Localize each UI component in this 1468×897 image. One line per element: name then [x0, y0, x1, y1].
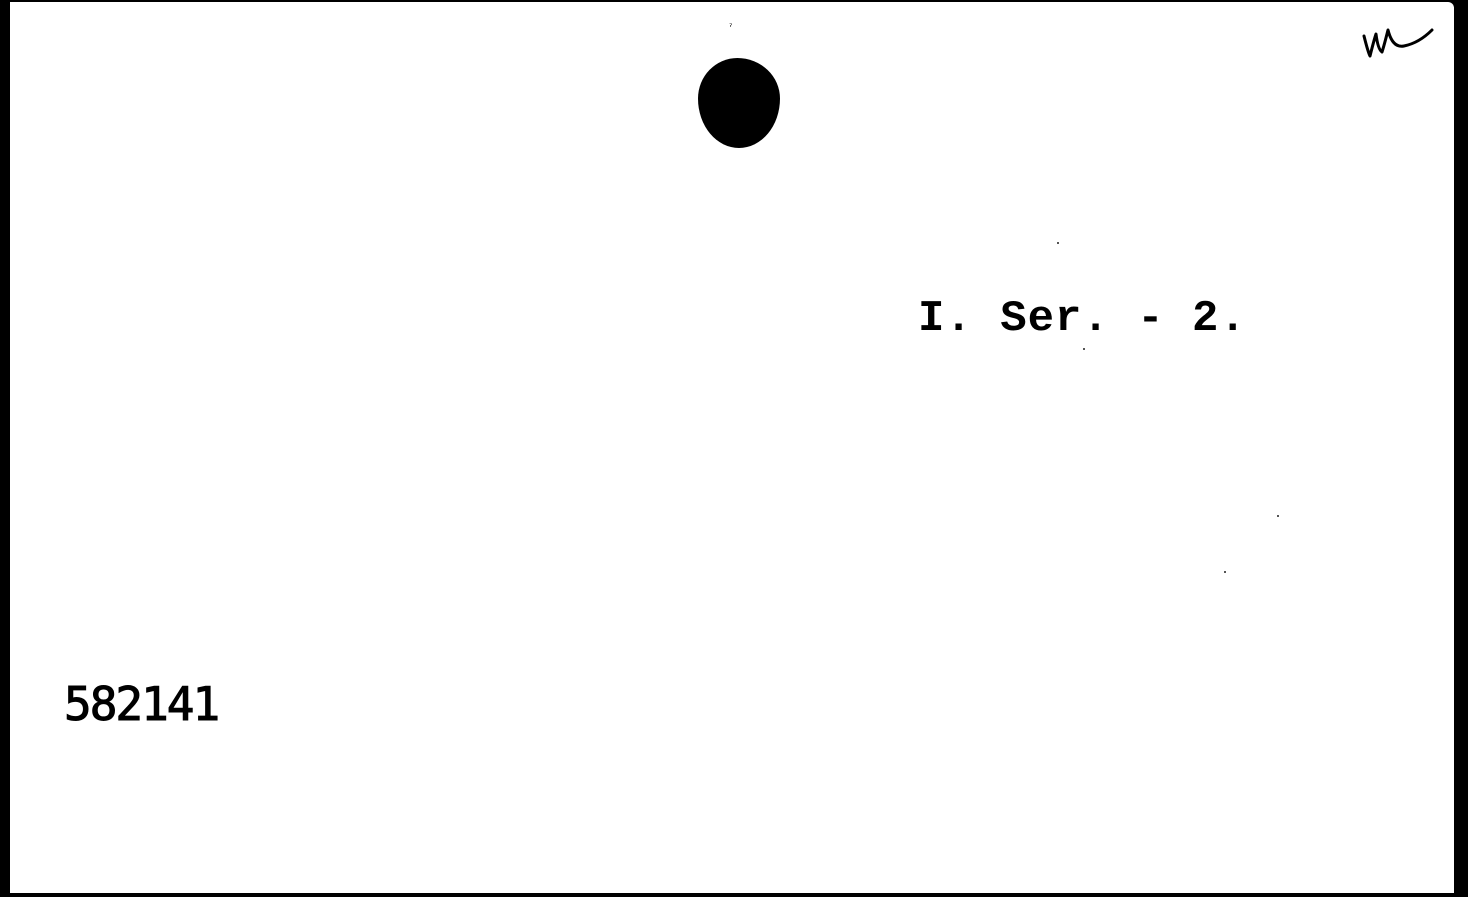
series-label: I. Ser. - 2.: [918, 294, 1247, 344]
scan-speck: [1083, 348, 1085, 350]
scan-speck: [1057, 242, 1059, 244]
handwritten-initials-mark: [1360, 22, 1436, 64]
card-number: 582141: [64, 676, 218, 732]
scan-frame-right: [1454, 0, 1468, 897]
scan-speck: [1277, 515, 1279, 517]
scan-speck: [1224, 571, 1226, 573]
scan-speck: ˀ: [729, 23, 737, 33]
